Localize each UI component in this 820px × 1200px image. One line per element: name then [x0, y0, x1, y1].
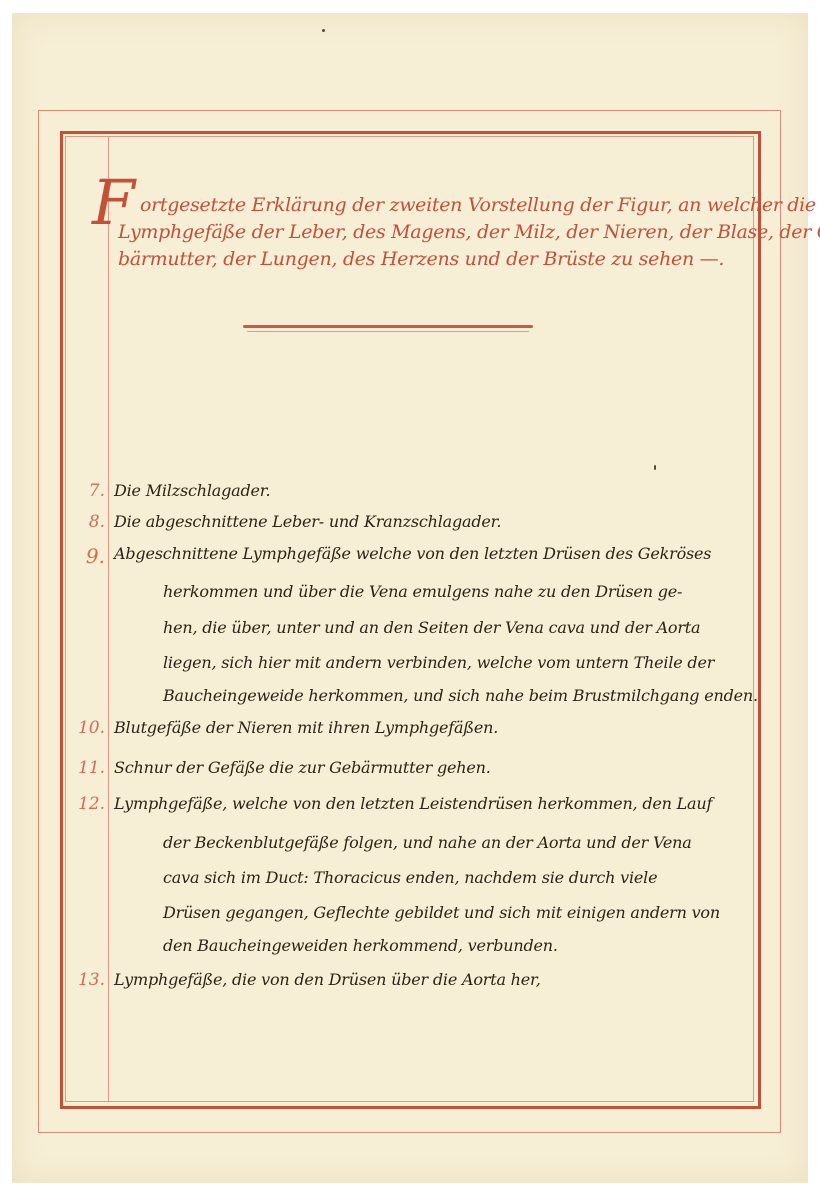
entry-text-continued: der Beckenblutgefäße folgen, und nahe an… — [163, 833, 692, 852]
ink-speck — [322, 29, 325, 32]
title-initial: F — [92, 172, 135, 234]
entry-number: 9. — [75, 544, 105, 568]
entry-text-continued: Baucheingeweide herkommen, und sich nahe… — [163, 686, 758, 705]
entry-text-continued: Drüsen gegangen, Geflechte gebildet und … — [163, 903, 720, 922]
entry-text: Abgeschnittene Lymphgefäße welche von de… — [114, 544, 711, 563]
entry-text: Die abgeschnittene Leber- und Kranzschla… — [114, 512, 501, 531]
page-title: F ortgesetzte Erklärung der zweiten Vors… — [118, 150, 748, 273]
title-underline-thin — [247, 331, 529, 332]
entry-number: 13. — [75, 970, 105, 990]
entry-number: 11. — [75, 758, 105, 778]
entry-text-continued: herkommen und über die Vena emulgens nah… — [163, 582, 682, 601]
entry-text: Schnur der Gefäße die zur Gebärmutter ge… — [114, 758, 491, 777]
entry-number: 10. — [75, 718, 105, 738]
entry-number: 12. — [75, 794, 105, 814]
entry-text-continued: liegen, sich hier mit andern verbinden, … — [163, 653, 714, 672]
entry-text: Lymphgefäße, welche von den letzten Leis… — [114, 794, 712, 813]
entry-text-continued: cava sich im Duct: Thoracicus enden, nac… — [163, 868, 657, 887]
entry-text-continued: hen, die über, unter und an den Seiten d… — [163, 618, 700, 637]
entry-number: 7. — [75, 481, 105, 501]
entry-number: 8. — [75, 512, 105, 532]
entry-text: Die Milzschlagader. — [114, 481, 270, 500]
title-underline-thick — [243, 325, 533, 328]
title-line-2: Lymphgefäße der Leber, des Magens, der M… — [118, 219, 748, 246]
entry-text: Lymphgefäße, die von den Drüsen über die… — [114, 970, 541, 989]
title-line-3: bärmutter, der Lungen, des Herzens und d… — [118, 246, 748, 273]
entry-text: Blutgefäße der Nieren mit ihren Lymphgef… — [114, 718, 498, 737]
margin-rule — [108, 137, 109, 1101]
entry-text-continued: den Baucheingeweiden herkommend, verbund… — [163, 936, 558, 955]
title-line-1: ortgesetzte Erklärung der zweiten Vorste… — [118, 192, 748, 219]
